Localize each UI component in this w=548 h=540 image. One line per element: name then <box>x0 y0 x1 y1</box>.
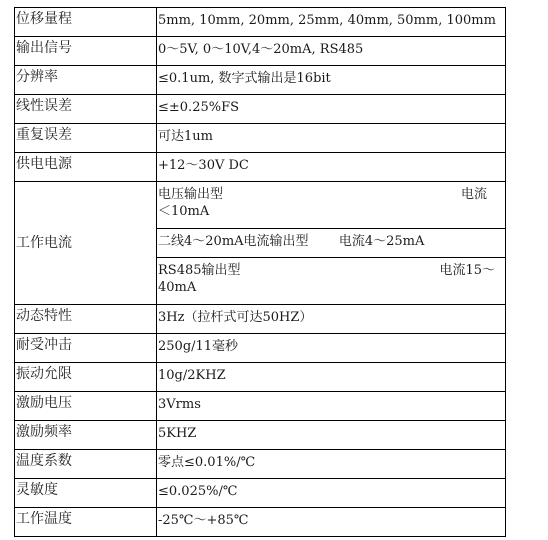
spec-label: 灵敏度 <box>15 479 157 508</box>
spec-row-temperature-coefficient: 温度系数 零点≤0.01%/℃ <box>15 450 506 479</box>
spec-value: 5KHZ <box>157 421 506 450</box>
spec-row-output-signal: 输出信号 0～5V, 0～10V,4～20mA, RS485 <box>15 37 506 66</box>
work-current-line: RS485输出型 电流15～ <box>158 262 505 279</box>
current-value-cont: 40mA <box>158 279 505 296</box>
spec-row-work-current-voltage: 工作电流 电压输出型 电流 ＜10mA <box>15 182 506 229</box>
spec-label-work-current: 工作电流 <box>15 182 157 305</box>
work-current-rs485-cell: RS485输出型 电流15～ 40mA <box>157 258 506 305</box>
spec-label: 线性误差 <box>15 95 157 124</box>
spec-label: 动态特性 <box>15 305 157 334</box>
spec-label: 输出信号 <box>15 37 157 66</box>
spec-value: 3Vrms <box>157 392 506 421</box>
spec-row-shock-resistance: 耐受冲击 250g/11毫秒 <box>15 334 506 363</box>
current-value: 电流4～25mA <box>339 234 425 249</box>
spec-row-excitation-frequency: 激励频率 5KHZ <box>15 421 506 450</box>
spec-value: ≤±0.25%FS <box>157 95 506 124</box>
spec-label: 供电电源 <box>15 153 157 182</box>
output-type: RS485输出型 <box>158 262 241 279</box>
spec-label: 温度系数 <box>15 450 157 479</box>
spec-value: ≤0.025%/℃ <box>157 479 506 508</box>
work-current-4-20ma-cell: 二线4～20mA电流输出型 电流4～25mA <box>157 229 506 258</box>
current-value: 电流15～ <box>439 262 495 279</box>
work-current-voltage-cell: 电压输出型 电流 ＜10mA <box>157 182 506 229</box>
spec-row-linearity-error: 线性误差 ≤±0.25%FS <box>15 95 506 124</box>
spec-row-operating-temperature: 工作温度 -25℃～+85℃ <box>15 508 506 537</box>
spec-table: 位移量程 5mm, 10mm, 20mm, 25mm, 40mm, 50mm, … <box>14 7 506 537</box>
spec-label: 激励频率 <box>15 421 157 450</box>
spec-row-repeatability-error: 重复误差 可达1um <box>15 124 506 153</box>
spec-value: 10g/2KHZ <box>157 363 506 392</box>
spec-label: 激励电压 <box>15 392 157 421</box>
spec-value: ≤0.1um, 数字式输出是16bit <box>157 66 506 95</box>
spec-row-displacement-range: 位移量程 5mm, 10mm, 20mm, 25mm, 40mm, 50mm, … <box>15 8 506 37</box>
spec-row-sensitivity: 灵敏度 ≤0.025%/℃ <box>15 479 506 508</box>
spec-row-vibration-limit: 振动允限 10g/2KHZ <box>15 363 506 392</box>
spec-value: 250g/11毫秒 <box>157 334 506 363</box>
spec-label: 耐受冲击 <box>15 334 157 363</box>
work-current-line: 电压输出型 电流 <box>158 186 505 203</box>
spec-label: 振动允限 <box>15 363 157 392</box>
spec-value: 可达1um <box>157 124 506 153</box>
spec-row-power-supply: 供电电源 +12～30V DC <box>15 153 506 182</box>
spec-row-resolution: 分辨率 ≤0.1um, 数字式输出是16bit <box>15 66 506 95</box>
output-type: 电压输出型 <box>158 186 223 203</box>
spec-row-excitation-voltage: 激励电压 3Vrms <box>15 392 506 421</box>
spec-label: 工作温度 <box>15 508 157 537</box>
spec-value: -25℃～+85℃ <box>157 508 506 537</box>
spec-value: 5mm, 10mm, 20mm, 25mm, 40mm, 50mm, 100mm <box>157 8 506 37</box>
spec-value: +12～30V DC <box>157 153 506 182</box>
spec-value: 3Hz（拉杆式可达50HZ） <box>157 305 506 334</box>
spec-value: 0～5V, 0～10V,4～20mA, RS485 <box>157 37 506 66</box>
spec-label: 重复误差 <box>15 124 157 153</box>
spec-row-dynamic-response: 动态特性 3Hz（拉杆式可达50HZ） <box>15 305 506 334</box>
spec-label: 分辨率 <box>15 66 157 95</box>
output-type: 二线4～20mA电流输出型 <box>158 234 309 249</box>
current-value-cont: ＜10mA <box>158 203 505 220</box>
spec-value: 零点≤0.01%/℃ <box>157 450 506 479</box>
current-value: 电流 <box>461 186 487 203</box>
spec-label: 位移量程 <box>15 8 157 37</box>
